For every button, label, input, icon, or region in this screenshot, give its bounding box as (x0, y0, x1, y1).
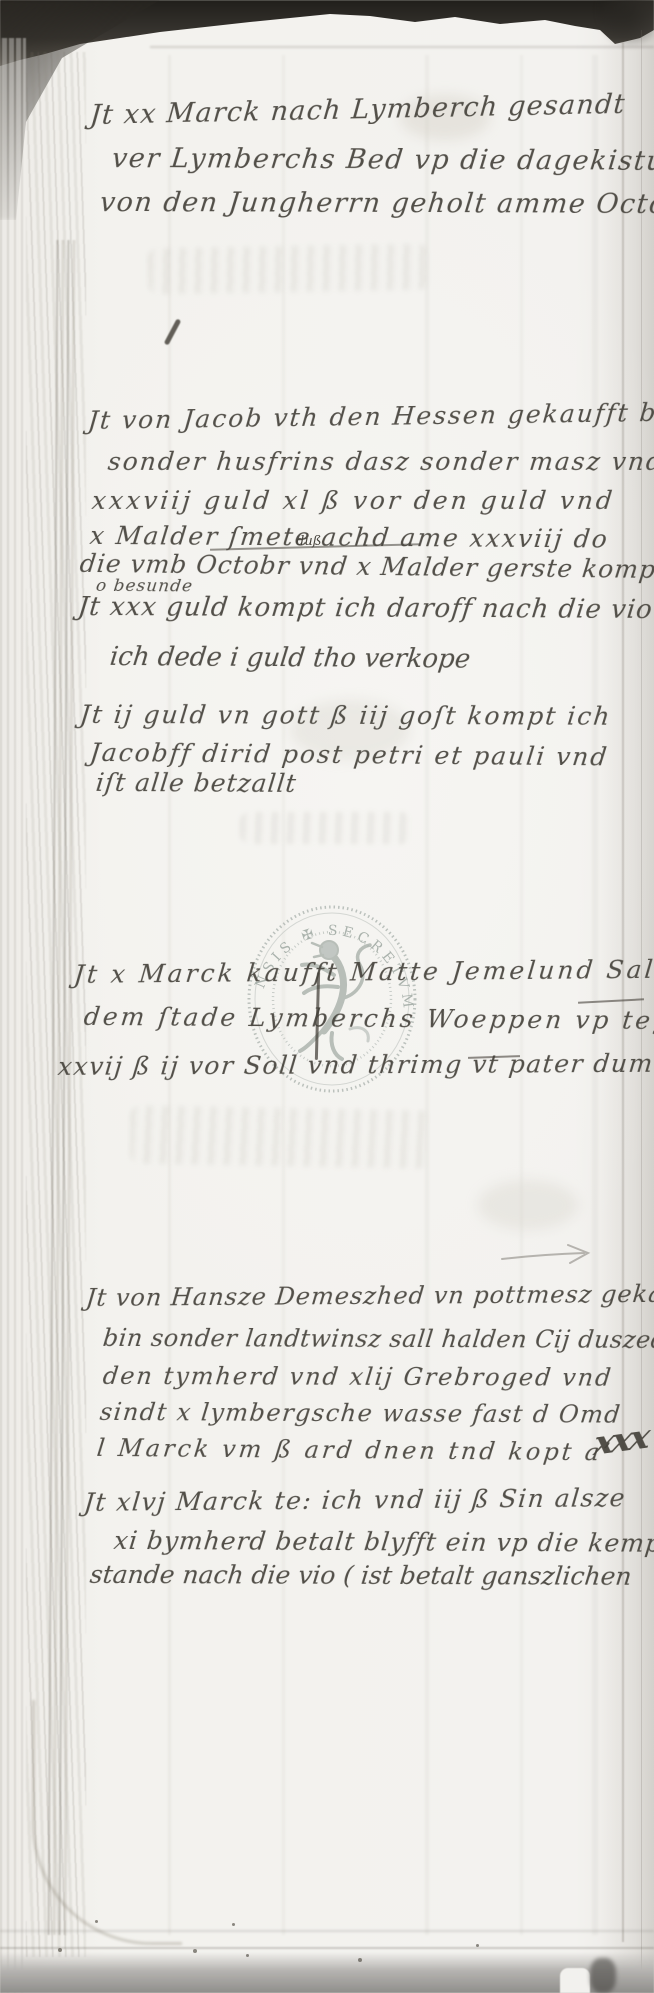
handwriting-line: ver Lymberchs Bed vp die dagekistung (110, 143, 654, 177)
handwriting-line: von den Jungherrn geholt amme Octob. (98, 187, 654, 220)
paper-stain (478, 1180, 578, 1230)
page-tab (560, 1968, 590, 1993)
page-bottom-edge (0, 1930, 654, 1932)
handwriting-line: Jt von Hansze Demeszhed vn pottmesz geka… (85, 1280, 654, 1312)
ink-speck (358, 1958, 362, 1962)
handwriting-line: l Marck vm ß ard dnen tnd kopt a’ (95, 1434, 614, 1467)
handwriting-line: Jt xxx guld kompt ich daroff nach die vi… (76, 592, 654, 625)
ink-speck (193, 1949, 197, 1953)
handwriting-line: Jt x Marck kaufft Matte Jemelund Salt (73, 955, 654, 989)
paper-crease (520, 55, 523, 1935)
handwriting-line: Jt xlvj Marck te: ich vnd iij ß Sin alsz… (83, 1483, 628, 1517)
pencil-arrow-icon (498, 1242, 608, 1270)
handwriting-line: dem ſtade Lymberchs Woeppen vp tegenn (82, 1002, 654, 1035)
handwriting-line: Jt ij guld vn gott ß iij goſt kompt ich (78, 700, 613, 731)
handwriting-line: stande nach die vio ( ist betalt ganszli… (88, 1560, 633, 1591)
handwriting-line: x Malder ſmete achd ame xxxviij do (88, 521, 610, 554)
ink-speck (232, 1923, 235, 1926)
handwriting-line: xxvij ß ij vor Soll vnd thrimg vt pater … (57, 1049, 654, 1081)
bottom-scan-edge (0, 1952, 654, 1993)
ink-blot (164, 318, 182, 345)
handwriting-line: sonder husfrins dasz sonder masz vnd (106, 447, 654, 476)
page-gutter-streaks (0, 38, 26, 1993)
ink-speck (58, 1948, 62, 1952)
paper-crease (592, 55, 598, 1935)
handwriting-flourish: xxx (592, 1417, 649, 1464)
ink-bleedthrough (130, 1105, 431, 1168)
handwriting-line: sindt x lymbergsche wasse fast d Omd (98, 1398, 622, 1429)
paper-crease (425, 55, 429, 1935)
edge-shadow (590, 1958, 616, 1993)
handwriting-line: iſt alle betzallt (94, 768, 298, 798)
ink-bleedthrough (148, 244, 429, 295)
handwriting-line: Jacobff dirid post petri et pauli vnd (88, 738, 610, 772)
handwriting-line: Jt von Jacob vth den Hessen gekaufft bin (87, 398, 654, 435)
handwriting-line: bin sonder landtwinsz sall halden Cij du… (101, 1324, 654, 1354)
handwriting-line: xxxviij guld xl ß vor den guld vnd (90, 486, 616, 515)
right-edge-shadow (600, 0, 654, 1993)
ink-speck (246, 1954, 249, 1957)
ink-speck (476, 1944, 479, 1947)
page-bottom-edge (0, 1947, 654, 1949)
manuscript-scan: NSIS ✠ SECRETVM CI Jt xx Marck nach Lymb… (0, 0, 654, 1993)
page-top-edge (150, 46, 654, 48)
handwriting-line: ich dede i guld tho verkope (108, 642, 472, 675)
ink-speck (95, 1920, 98, 1923)
handwriting-line: xi bymherd betalt blyfft ein vp die kemp… (112, 1526, 654, 1558)
ink-bleedthrough (240, 812, 410, 844)
handwriting-line: den tymherd vnd xlij Grebroged vnd (101, 1362, 614, 1392)
